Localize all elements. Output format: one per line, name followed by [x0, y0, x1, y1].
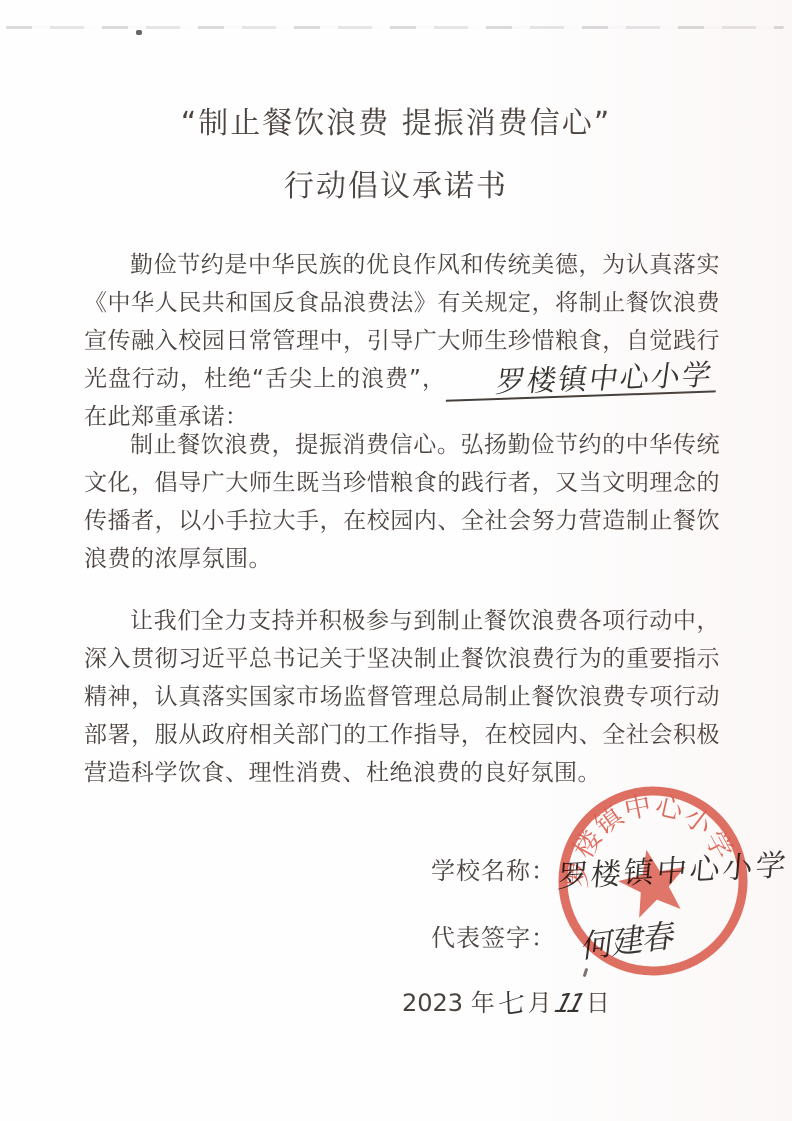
document-title-line2: 行动倡议承诺书 [0, 161, 792, 205]
date-month-suffix: 月 [528, 989, 552, 1017]
paragraph-action-pledge: 让我们全力支持并积极参与到制止餐饮浪费各项行动中，深入贯彻习近平总书记关于坚决制… [84, 602, 720, 792]
document-page: “制止餐饮浪费 提振消费信心” 行动倡议承诺书 勤俭节约是中华民族的优良作风和传… [0, 0, 792, 1121]
representative-signature-label: 代表签字： [431, 924, 556, 952]
handwritten-school-name-inline: 罗楼镇中心小学 [446, 359, 721, 402]
handwritten-month: 七 [497, 980, 525, 1023]
scan-artifact-line [6, 26, 784, 29]
paragraph-intro: 勤俭节约是中华民族的优良作风和传统美德，为认真落实《中华人民共和国反食品浪费法》… [84, 246, 720, 436]
date-day-suffix: 日 [586, 989, 610, 1017]
official-school-seal-stamp: 罗楼镇中心小学 [530, 762, 775, 1001]
date-year: 2023 年 [402, 989, 495, 1017]
scan-artifact-speck [136, 30, 142, 35]
document-title-line1: “制止餐饮浪费 提振消费信心” [0, 98, 792, 142]
seal-star-icon [613, 843, 693, 921]
date-line: 2023 年七月11日 [402, 982, 610, 1021]
paragraph-commitment: 制止餐饮浪费，提振消费信心。弘扬勤俭节约的中华传统文化，倡导广大师生既当珍惜粮食… [84, 426, 720, 578]
handwritten-day: 11 [547, 989, 587, 1019]
school-name-label: 学校名称： [431, 857, 556, 885]
